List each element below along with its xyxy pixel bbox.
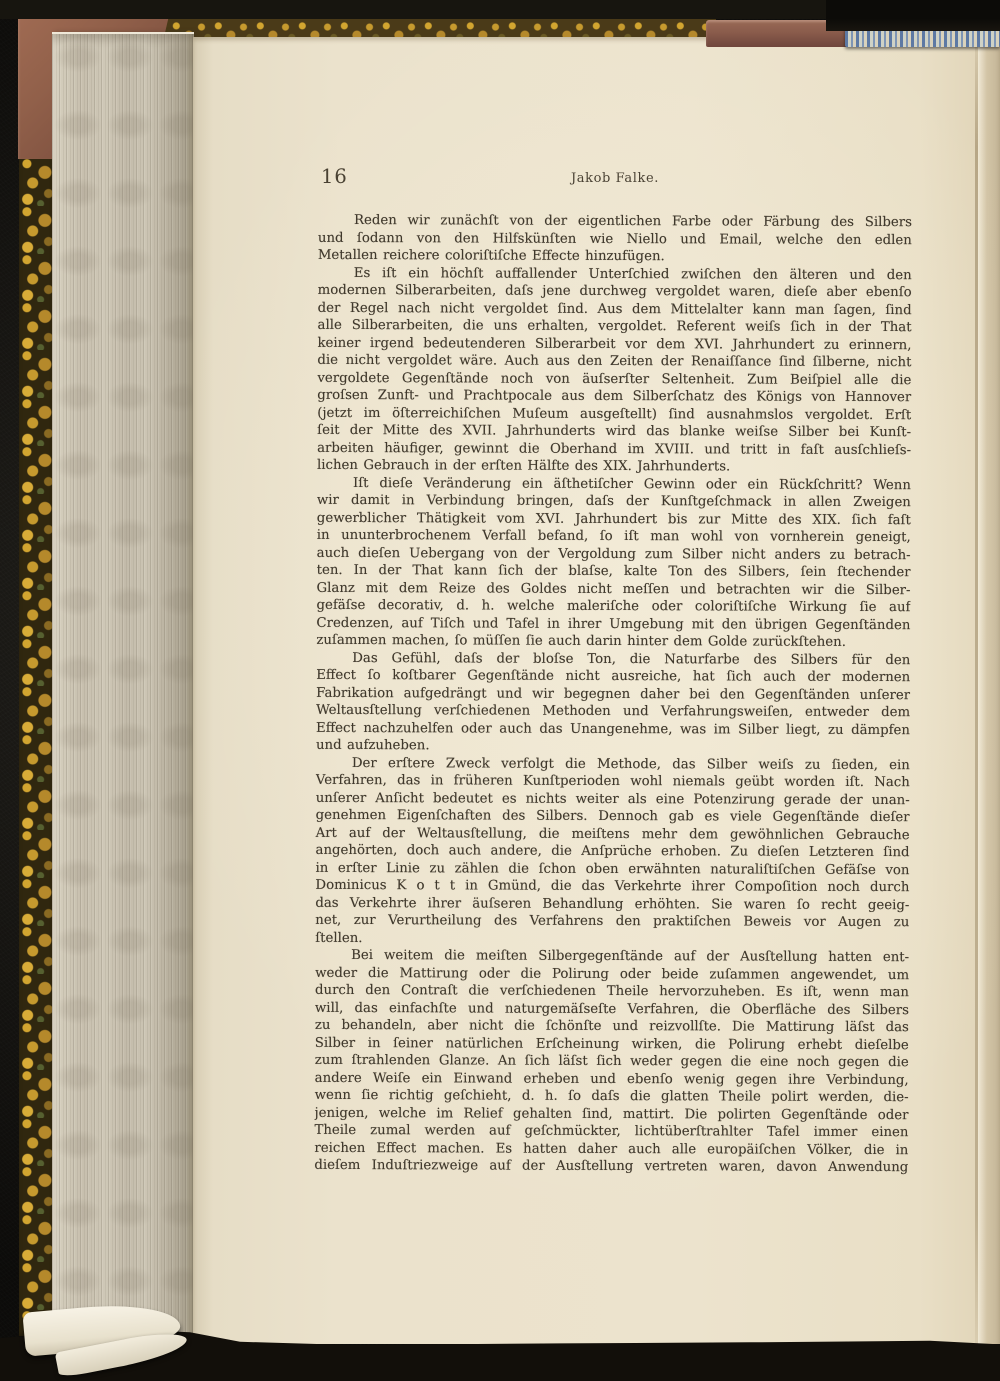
text-line: will, das einfachſte und naturgemäſseſte…: [315, 999, 909, 1019]
gutter-shading: [978, 37, 1000, 1344]
text-line: Verfahren, das in früheren Kunſtperioden…: [316, 772, 910, 792]
text-line: andere Weiſe ein Einwand erheben und ebe…: [315, 1069, 909, 1089]
text-line: Silber in ſeiner natürlichen Erſcheinung…: [315, 1034, 909, 1054]
text-line: das Verkehrte ihrer äuſseren Behandlung …: [315, 894, 909, 914]
running-title: Jakob Falke.: [318, 171, 912, 186]
book-page: 16 Jakob Falke. Reden wir zunächſt von d…: [193, 37, 1000, 1344]
text-line: Fabrikation aufgedrängt und wir begegnen…: [316, 684, 910, 704]
background-top-right: [826, 0, 1000, 31]
text-line: weder die Mattirung oder die Polirung od…: [315, 964, 909, 984]
text-line: groſsen Zunft- und Prachtpocale aus dem …: [317, 387, 911, 407]
text-line: arbeiten häufiger, gewinnt die Oberhand …: [317, 439, 911, 459]
text-line: die nicht vergoldet wäre. Auch aus den Z…: [317, 352, 911, 372]
text-line: ten. In der That kann ſich der blaſse, k…: [317, 562, 911, 582]
text-block: Reden wir zunächſt von der eigentlichen …: [314, 212, 912, 1177]
text-line: gefäſse decorativ, d. h. welche maleriſc…: [316, 597, 910, 617]
text-line: angehörten, doch auch andere, die Anſprü…: [316, 842, 910, 862]
text-line: ſtellen.: [315, 929, 909, 949]
page-stack-fore-edge: [52, 32, 194, 1334]
text-line: Der erſtere Zweck verfolgt die Methode, …: [316, 754, 910, 774]
text-line: gewerblicher Thätigkeit vom XVI. Jahrhun…: [317, 509, 911, 529]
text-line: modernen Silberarbeiten, daſs jene durch…: [318, 282, 912, 302]
text-line: Metallen reichere coloriſtiſche Effecte …: [318, 247, 912, 267]
scanned-book-photo: 16 Jakob Falke. Reden wir zunächſt von d…: [0, 0, 1000, 1381]
text-line: der Regel nach nicht vergoldet ſind. Aus…: [318, 299, 912, 319]
text-line: Reden wir zunächſt von der eigentlichen …: [318, 212, 912, 232]
text-line: keiner irgend bedeutenderen Silberarbeit…: [317, 334, 911, 354]
text-line: net, zur Verurtheilung des Verfahrens de…: [315, 912, 909, 932]
text-line: wir damit in Verbindung bringen, daſs de…: [317, 492, 911, 512]
text-line: Weltausſtellung verſchiedenen Methoden u…: [316, 702, 910, 722]
text-line: Es iſt ein höchſt auffallender Unterſchi…: [318, 264, 912, 284]
text-line: auch dieſen Uebergang von der Vergoldung…: [317, 544, 911, 564]
text-line: Das Gefühl, daſs der bloſse Ton, die Nat…: [316, 649, 910, 669]
text-line: alle Silberarbeiten, die uns erhalten, v…: [318, 317, 912, 337]
text-line: lichen Gebrauch in der erſten Hälfte des…: [317, 457, 911, 477]
text-line: vergoldete Gegenſtände noch von äuſserſt…: [317, 369, 911, 389]
text-line: und ſodann von den Hilfskünſten wie Niel…: [318, 229, 912, 249]
text-line: reichen Effect machen. Es hatten daher a…: [314, 1139, 908, 1159]
page-header: 16 Jakob Falke.: [318, 165, 912, 191]
text-line: Effect nachzuhelfen oder auch das Unange…: [316, 719, 910, 739]
text-line: unſerer Anſicht bedeutet es nichts weite…: [316, 789, 910, 809]
text-line: zum ſtrahlenden Glanze. An ſich läſst ſi…: [315, 1052, 909, 1072]
text-line: Dominicus K o t t in Gmünd, die das Verk…: [315, 877, 909, 897]
text-line: Credenzen, auf Tiſch und Tafel in ihrer …: [316, 614, 910, 634]
text-line: genehmen Eigenſchaften des Silbers. Denn…: [316, 807, 910, 827]
text-line: in ununterbrochenem Verfall befand, ſo i…: [317, 527, 911, 547]
text-line: zuſammen machen, ſo müſſen ſie auch dari…: [316, 632, 910, 652]
text-line: zu behandeln, aber nicht die ſchönſte un…: [315, 1017, 909, 1037]
text-line: ſeit der Mitte des XVII. Jahrhunderts wi…: [317, 422, 911, 442]
text-line: Effect ſo koſtbarer Gegenſtände nicht au…: [316, 667, 910, 687]
gutter-crease: [975, 43, 978, 1344]
text-line: und aufzuheben.: [316, 737, 910, 757]
text-line: wenn ſie richtig geſchieht, d. h. ſo daſ…: [315, 1087, 909, 1107]
text-line: dieſem Induſtriezweige auf der Ausſtellu…: [314, 1157, 908, 1177]
text-line: Art auf der Weltausſtellung, die meiſten…: [316, 824, 910, 844]
text-line: Iſt dieſe Veränderung ein äſthetiſcher G…: [317, 474, 911, 494]
text-line: durch den Contraſt die verſchiedenen The…: [315, 982, 909, 1002]
text-line: Bei weitem die meiſten Silbergegenſtände…: [315, 947, 909, 967]
text-line: in erſter Linie zu zählen die ſchon oben…: [315, 859, 909, 879]
text-line: Theile zumal werden auf geſchmückter, li…: [314, 1122, 908, 1142]
text-line: (jetzt im öſterreichiſchen Muſeum ausgeſ…: [317, 404, 911, 424]
text-line: jenigen, welche im Relief gehalten ſind,…: [315, 1104, 909, 1124]
text-line: Glanz mit dem Reize des Goldes nicht meſ…: [317, 579, 911, 599]
